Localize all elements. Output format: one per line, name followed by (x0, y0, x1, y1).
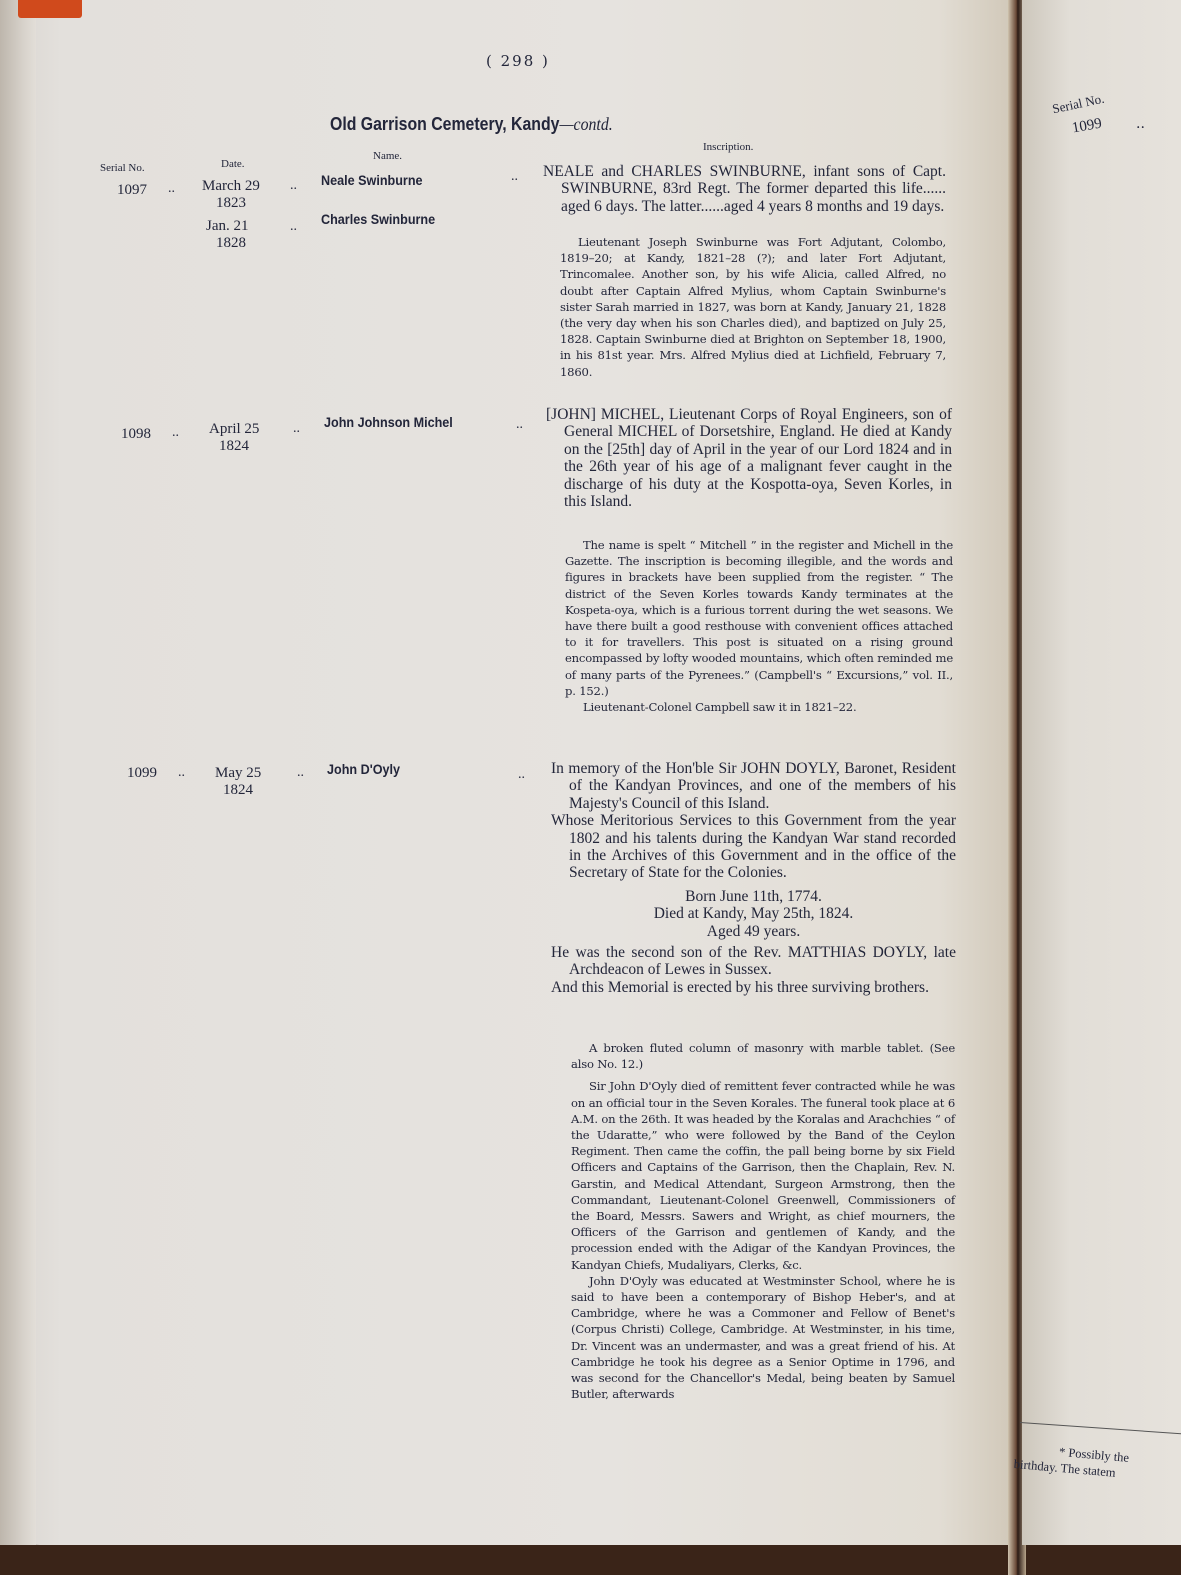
inscription-paragraph: In memory of the Hon'ble Sir JOHN DOYLY,… (551, 760, 956, 812)
deceased-name: John Johnson Michel (324, 414, 453, 430)
deceased-name: John D'Oyly (327, 761, 400, 777)
note-paragraph: Sir John D'Oyly died of remittent fever … (571, 1078, 955, 1272)
died-line: Died at Kandy, May 25th, 1824. (551, 905, 956, 922)
inscription: [JOHN] MICHEL, Lieutenant Corps of Royal… (546, 406, 952, 510)
title-text: Old Garrison Cemetery, Kandy (330, 114, 559, 134)
date-year: 1824 (219, 438, 249, 455)
leader-dots: .. (290, 178, 297, 194)
page-title: Old Garrison Cemetery, Kandy—contd. (330, 114, 613, 135)
date-year: 1823 (216, 195, 246, 212)
leader-dots: .. (293, 421, 300, 437)
inscription-dates: Born June 11th, 1774. Died at Kandy, May… (551, 888, 956, 940)
editorial-note: The name is spelt “ Mitchell ” in the re… (565, 537, 953, 715)
date-year: 1824 (223, 782, 253, 799)
note-paragraph: Lieutenant Joseph Swinburne was Fort Adj… (560, 234, 946, 380)
leader-dots: .. (290, 219, 297, 235)
bookmark-tab (18, 0, 82, 18)
note-paragraph: A broken fluted column of masonry with m… (571, 1040, 955, 1072)
page-number: ( 298 ) (486, 52, 550, 70)
note-paragraph: John D'Oyly was educated at Westminster … (571, 1273, 955, 1403)
editorial-note: Lieutenant Joseph Swinburne was Fort Adj… (560, 234, 946, 380)
leader-dots: .. (168, 181, 175, 197)
aged-line: Aged 49 years. (551, 923, 956, 940)
inscription: NEALE and CHARLES SWINBURNE, infant sons… (543, 163, 946, 215)
inscription-paragraph: Whose Meritorious Services to this Gover… (551, 812, 956, 882)
note-paragraph: Lieutenant-Colonel Campbell saw it in 18… (565, 699, 953, 715)
deceased-name: Neale Swinburne (321, 172, 423, 188)
date-day: April 25 (209, 421, 259, 438)
leader-dots: .. (178, 765, 185, 781)
leader-dots: .. (518, 767, 525, 783)
inscription-paragraph: And this Memorial is erected by his thre… (551, 979, 956, 996)
date-year: 1828 (216, 235, 246, 252)
leader-dots: .. (172, 425, 179, 441)
serial-number: 1099 (127, 765, 157, 782)
inscription: In memory of the Hon'ble Sir JOHN DOYLY,… (551, 760, 956, 996)
inscription-paragraph: He was the second son of the Rev. MATTHI… (551, 944, 956, 979)
column-header-inscription: Inscription. (703, 141, 753, 153)
date-day: Jan. 21 (206, 218, 249, 235)
serial-number: 1098 (121, 426, 151, 443)
date-day: March 29 (202, 178, 260, 195)
column-header-name: Name. (373, 150, 402, 162)
title-suffix: —contd. (559, 114, 612, 134)
column-header-serial: Serial No. (100, 162, 145, 174)
leader-dots: .. (1136, 116, 1145, 132)
note-paragraph: The name is spelt “ Mitchell ” in the re… (565, 537, 953, 699)
leader-dots: .. (511, 169, 518, 185)
leader-dots: .. (516, 417, 523, 433)
born-line: Born June 11th, 1774. (551, 888, 956, 905)
inscription-text: [JOHN] MICHEL, Lieutenant Corps of Royal… (546, 406, 952, 510)
column-header-date: Date. (221, 158, 245, 170)
date-day: May 25 (215, 765, 261, 782)
leader-dots: .. (297, 765, 304, 781)
facing-page (1022, 0, 1181, 1545)
serial-number: 1097 (117, 182, 147, 199)
editorial-note: A broken fluted column of masonry with m… (571, 1040, 955, 1402)
inscription-text: NEALE and CHARLES SWINBURNE, infant sons… (543, 163, 946, 215)
deceased-name: Charles Swinburne (321, 211, 435, 227)
